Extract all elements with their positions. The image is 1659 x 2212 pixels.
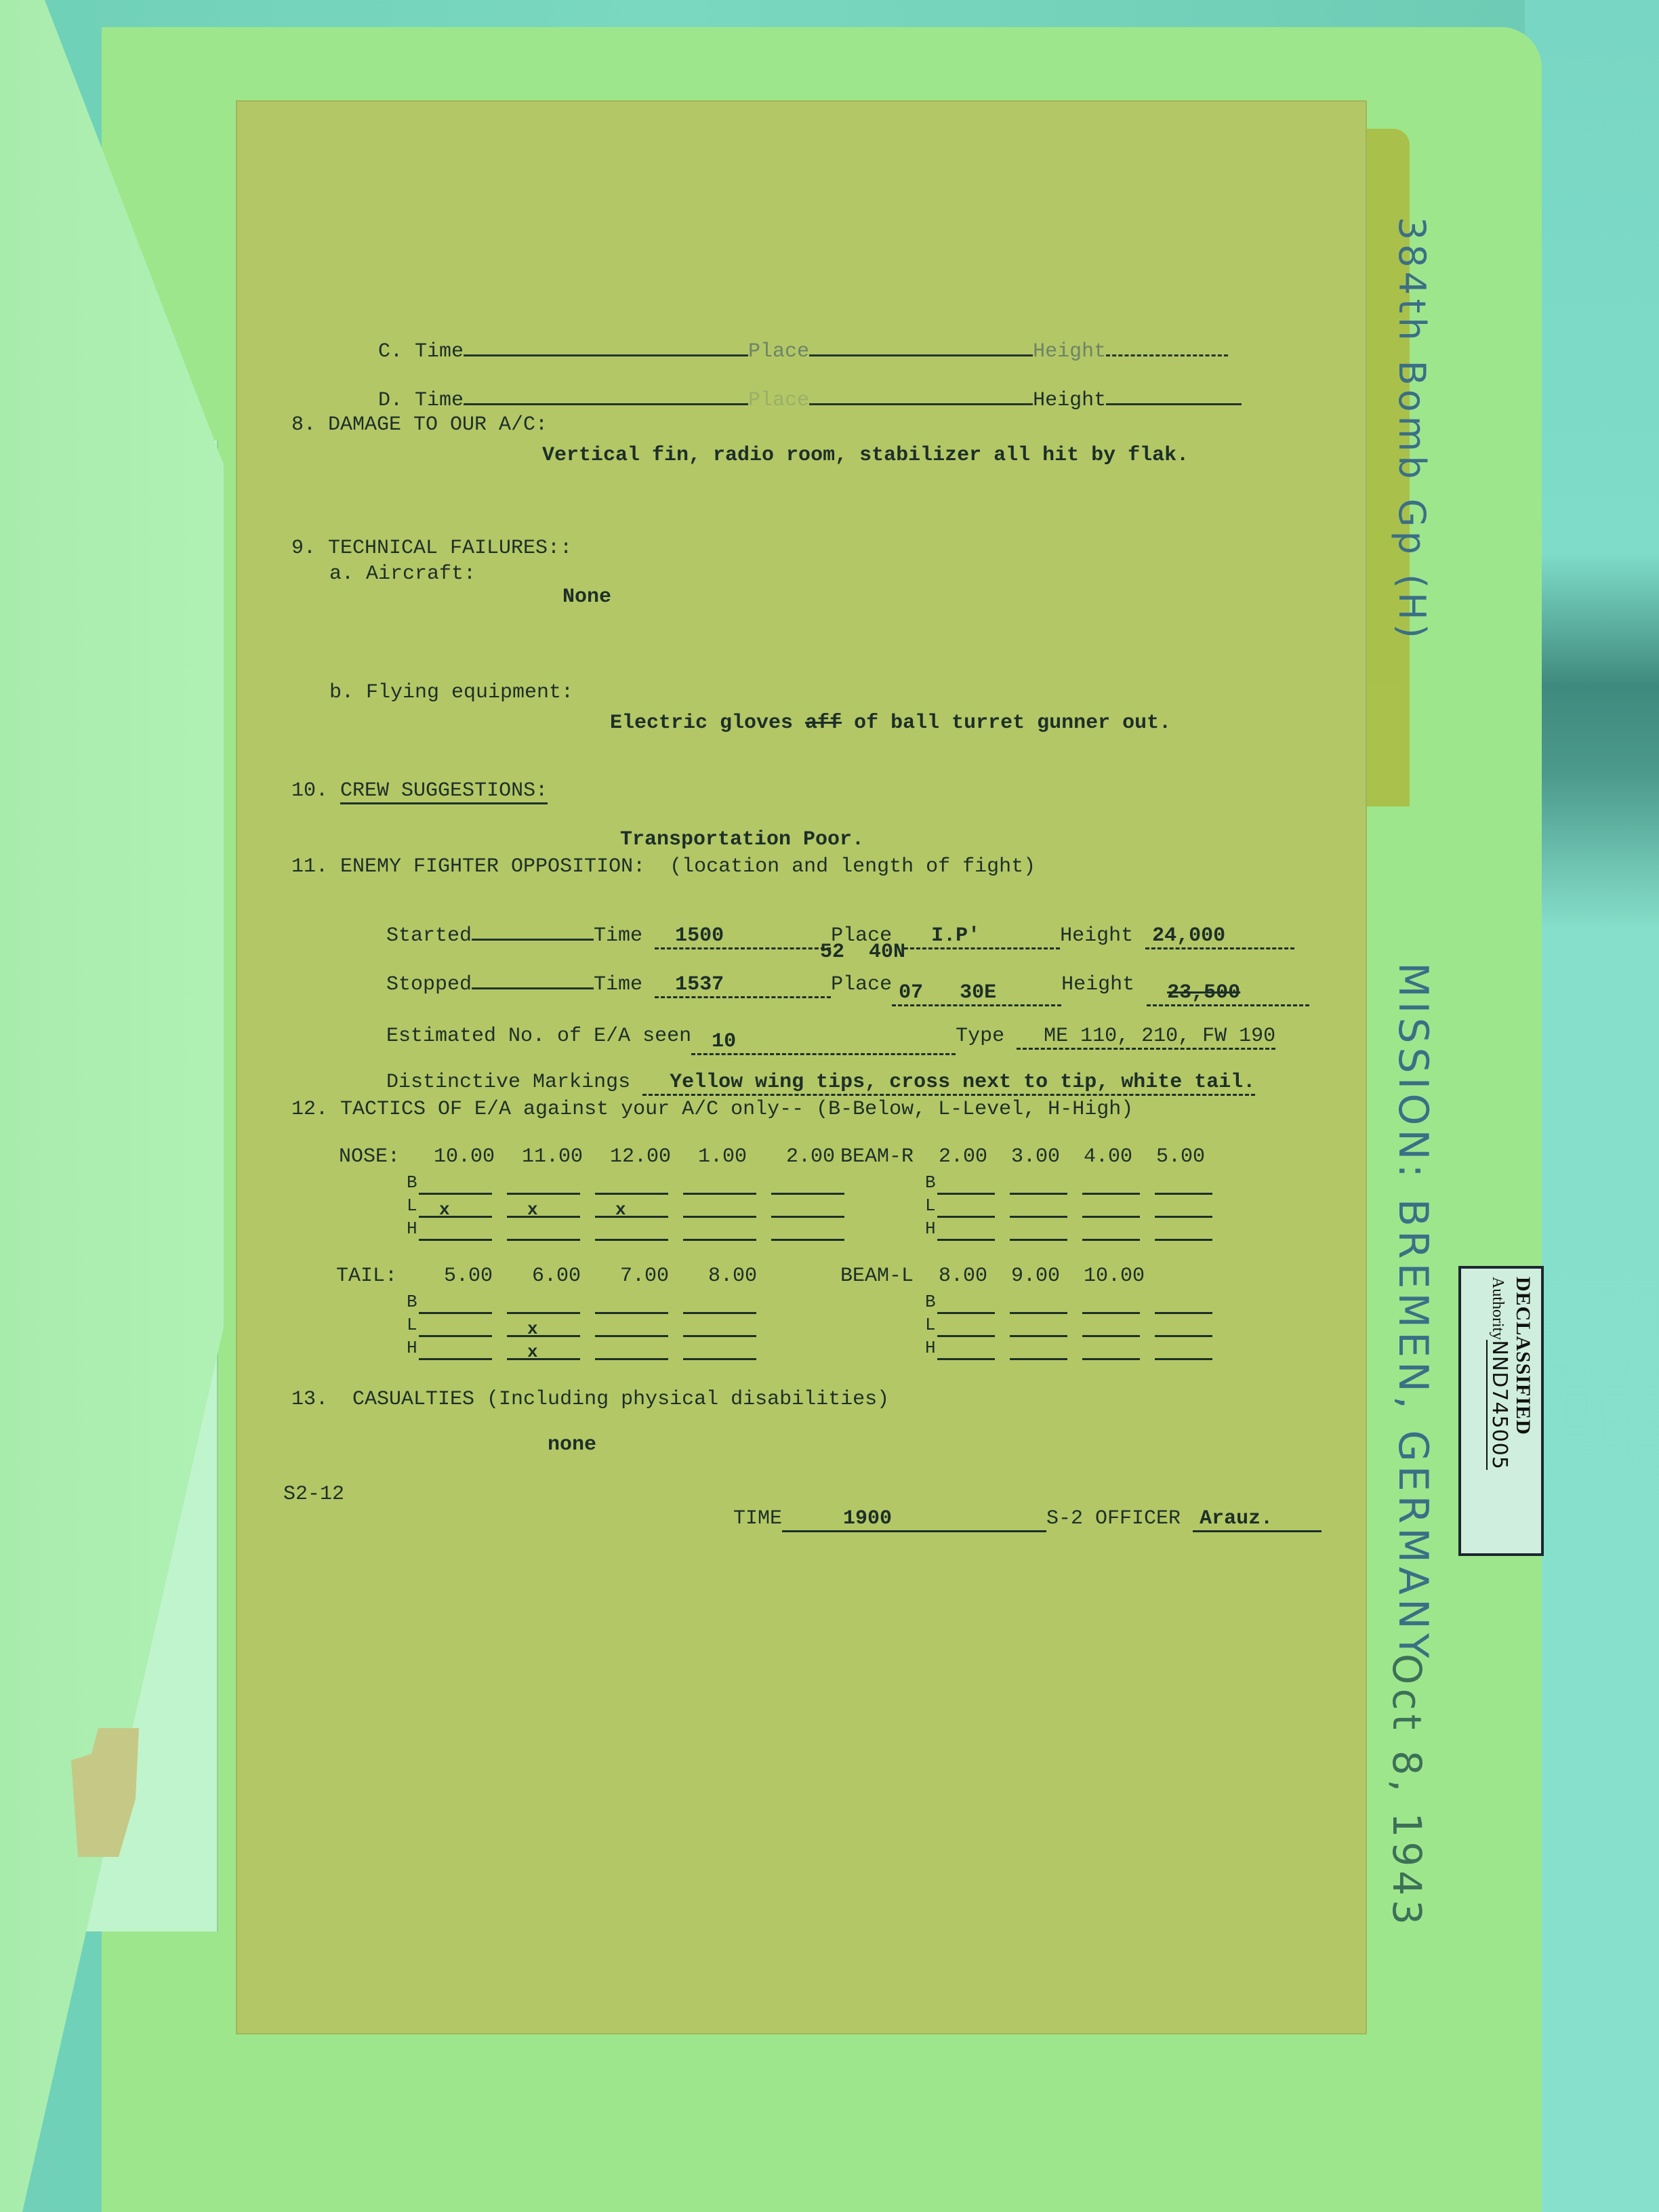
tactics-cell bbox=[937, 1358, 995, 1360]
tactics-cell bbox=[419, 1312, 492, 1314]
tactics-cell bbox=[1155, 1239, 1212, 1241]
level-label-b: B bbox=[407, 1292, 417, 1312]
declassified-stamp: DECLASSIFIED AuthorityNND745005 bbox=[1458, 1266, 1544, 1556]
stamp-authority-number: NND745005 bbox=[1486, 1340, 1511, 1470]
flying-equipment-text-end: of ball turret gunner out. bbox=[842, 712, 1171, 735]
tactics-cell bbox=[937, 1312, 995, 1314]
flying-equipment-value: Electric gloves aff of ball turret gunne… bbox=[610, 712, 1171, 735]
footer-time-label: TIME bbox=[733, 1507, 782, 1530]
tactics-cell bbox=[771, 1216, 844, 1218]
crew-suggestions-text: Transportation Poor. bbox=[620, 828, 864, 851]
clock-position: 5.00 bbox=[1156, 1145, 1205, 1168]
tactics-cell bbox=[595, 1193, 668, 1195]
clock-position: 8.00 bbox=[708, 1265, 757, 1288]
tactics-mark: x bbox=[615, 1200, 626, 1220]
officer-name: Arauz. bbox=[1193, 1507, 1322, 1532]
tactics-cell bbox=[595, 1239, 668, 1241]
tactics-cell bbox=[683, 1312, 756, 1314]
tactics-cell bbox=[507, 1193, 580, 1195]
tactics-mark: x bbox=[527, 1200, 538, 1220]
clock-position: 6.00 bbox=[532, 1265, 581, 1288]
tactics-cell bbox=[1010, 1312, 1067, 1314]
clock-position: 12.00 bbox=[610, 1145, 671, 1168]
clock-position: 9.00 bbox=[1011, 1265, 1060, 1288]
clock-position: 1.00 bbox=[698, 1145, 747, 1168]
casualties-heading: 13. CASUALTIES (Including physical disab… bbox=[291, 1388, 889, 1411]
clock-position: 5.00 bbox=[444, 1265, 493, 1288]
tactics-cell bbox=[507, 1312, 580, 1314]
tactics-cell bbox=[937, 1193, 995, 1195]
stamp-authority: AuthorityNND745005 bbox=[1488, 1277, 1511, 1470]
handwritten-group: 384th Bomb Gp (H) bbox=[1391, 217, 1433, 642]
tactics-cell bbox=[771, 1239, 844, 1241]
markings-value: Yellow wing tips, cross next to tip, whi… bbox=[642, 1071, 1255, 1096]
handwritten-mission: MISSION: BREMEN, GERMANY bbox=[1389, 962, 1437, 1662]
tactics-cell bbox=[1010, 1239, 1067, 1241]
tactics-cell bbox=[683, 1193, 756, 1195]
tactics-mark: x bbox=[527, 1342, 538, 1362]
tactics-cell bbox=[1155, 1335, 1212, 1337]
tactics-cell bbox=[1155, 1216, 1212, 1218]
tactics-section-label: NOSE: bbox=[339, 1145, 400, 1168]
tactics-cell bbox=[1010, 1335, 1067, 1337]
tactics-cell bbox=[937, 1335, 995, 1337]
tactics-cell bbox=[937, 1216, 995, 1218]
level-label-h: H bbox=[925, 1338, 936, 1358]
tactics-cell bbox=[1082, 1239, 1140, 1241]
tactics-heading: 12. TACTICS OF E/A against your A/C only… bbox=[291, 1098, 1133, 1121]
tactics-cell bbox=[1155, 1193, 1212, 1195]
technical-failures-heading: 9. TECHNICAL FAILURES:: bbox=[291, 537, 572, 560]
level-label-l: L bbox=[407, 1315, 417, 1335]
tactics-cell bbox=[507, 1239, 580, 1241]
started-height-label: Height bbox=[1060, 924, 1133, 947]
tactics-cell bbox=[1082, 1358, 1140, 1360]
row-d-height-label: Height bbox=[1033, 389, 1106, 412]
tactics-mark: x bbox=[527, 1319, 538, 1339]
tactics-mark: x bbox=[439, 1200, 450, 1220]
level-label-b: B bbox=[925, 1292, 936, 1312]
started-time: 1500 bbox=[655, 924, 831, 949]
stamp-title: DECLASSIFIED bbox=[1511, 1277, 1534, 1470]
tactics-cell bbox=[1155, 1358, 1212, 1360]
tactics-cell bbox=[419, 1239, 492, 1241]
stopped-label: Stopped bbox=[386, 973, 472, 996]
started-height: 24,000 bbox=[1145, 924, 1294, 949]
started-time-label: Time bbox=[594, 924, 642, 947]
casualties-value: none bbox=[548, 1433, 596, 1456]
crew-suggestions-title: CREW SUGGESTIONS: bbox=[340, 779, 548, 804]
tactics-cell bbox=[1010, 1358, 1067, 1360]
tactics-cell bbox=[1155, 1312, 1212, 1314]
level-label-h: H bbox=[407, 1218, 417, 1239]
tactics-cell bbox=[507, 1358, 580, 1360]
tactics-cell bbox=[1082, 1335, 1140, 1337]
stamp-authority-label: Authority bbox=[1489, 1277, 1507, 1340]
started-label: Started bbox=[386, 924, 472, 947]
clock-position: 11.00 bbox=[522, 1145, 583, 1168]
started-place: I.P' bbox=[904, 924, 1060, 949]
stopped-time-label: Time bbox=[594, 973, 642, 996]
level-label-h: H bbox=[925, 1218, 936, 1239]
damage-heading: 8. DAMAGE TO OUR A/C: bbox=[291, 413, 548, 436]
stopped-height-label: Height bbox=[1061, 973, 1134, 996]
tactics-cell bbox=[595, 1358, 668, 1360]
tactics-cell bbox=[595, 1312, 668, 1314]
level-label-h: H bbox=[407, 1338, 417, 1358]
stamp-content: DECLASSIFIED AuthorityNND745005 bbox=[1488, 1277, 1534, 1470]
clock-position: 2.00 bbox=[786, 1145, 835, 1168]
aircraft-value: None bbox=[562, 586, 611, 609]
clock-position: 2.00 bbox=[939, 1145, 987, 1168]
tactics-cell bbox=[683, 1358, 756, 1360]
type-label: Type bbox=[956, 1025, 1004, 1048]
tactics-cell bbox=[595, 1335, 668, 1337]
tactics-cell bbox=[419, 1193, 492, 1195]
footer-row: TIME1900S-2 OFFICER Arauz. bbox=[684, 1484, 1322, 1555]
row-d-place-label: Place bbox=[748, 389, 809, 412]
level-label-l: L bbox=[407, 1195, 417, 1216]
tactics-cell bbox=[507, 1216, 580, 1218]
tactics-section-label: BEAM-L bbox=[840, 1265, 914, 1288]
type-value: ME 110, 210, FW 190 bbox=[1017, 1025, 1275, 1050]
level-label-b: B bbox=[925, 1172, 936, 1193]
crew-suggestions-number: 10. bbox=[291, 779, 328, 802]
form-id: S2-12 bbox=[283, 1483, 344, 1506]
clock-position: 3.00 bbox=[1011, 1145, 1060, 1168]
tactics-cell bbox=[419, 1358, 492, 1360]
damage-text: Vertical fin, radio room, stabilizer all… bbox=[542, 444, 1189, 467]
footer-time: 1900 bbox=[782, 1507, 1046, 1532]
enemy-fighter-heading: 11. ENEMY FIGHTER OPPOSITION: (location … bbox=[291, 855, 1036, 878]
clock-position: 7.00 bbox=[620, 1265, 669, 1288]
tactics-cell bbox=[1010, 1193, 1067, 1195]
flying-equipment-text: Electric gloves bbox=[610, 712, 805, 735]
tactics-cell bbox=[1082, 1193, 1140, 1195]
tactics-cell bbox=[507, 1335, 580, 1337]
level-label-l: L bbox=[925, 1315, 936, 1335]
tactics-cell bbox=[419, 1335, 492, 1337]
stopped-place-label: Place bbox=[831, 973, 892, 996]
clock-position: 10.00 bbox=[434, 1145, 495, 1168]
officer-label: S-2 OFFICER bbox=[1046, 1507, 1181, 1530]
flying-equipment-label: b. Flying equipment: bbox=[329, 681, 573, 704]
tactics-cell bbox=[937, 1239, 995, 1241]
tactics-cell bbox=[1010, 1216, 1067, 1218]
aircraft-label: a. Aircraft: bbox=[329, 562, 476, 586]
clock-position: 10.00 bbox=[1084, 1265, 1145, 1288]
markings-label: Distinctive Markings bbox=[386, 1071, 630, 1094]
row-c-height-label: Height bbox=[1033, 340, 1106, 363]
tactics-cell bbox=[1082, 1312, 1140, 1314]
tactics-cell bbox=[683, 1335, 756, 1337]
tactics-section-label: TAIL: bbox=[336, 1265, 397, 1288]
tactics-cell bbox=[595, 1216, 668, 1218]
level-label-l: L bbox=[925, 1195, 936, 1216]
crew-suggestions-heading: 10. CREW SUGGESTIONS: bbox=[291, 779, 548, 804]
row-c-label: C. Time bbox=[378, 340, 464, 363]
tactics-cell bbox=[771, 1193, 844, 1195]
tactics-cell bbox=[683, 1216, 756, 1218]
estimated-label: Estimated No. of E/A seen bbox=[386, 1025, 691, 1048]
stopped-time: 1537 bbox=[655, 973, 831, 998]
handwritten-date: Oct 8, 1943 bbox=[1384, 1654, 1430, 1929]
clock-position: 8.00 bbox=[939, 1265, 987, 1288]
row-c-place-label: Place bbox=[748, 340, 809, 363]
level-label-b: B bbox=[407, 1172, 417, 1193]
tactics-cell bbox=[1082, 1216, 1140, 1218]
tactics-section-label: BEAM-R bbox=[840, 1145, 914, 1168]
struck-text: aff bbox=[805, 712, 842, 735]
tactics-cell bbox=[683, 1239, 756, 1241]
row-d-label: D. Time bbox=[378, 389, 464, 412]
tactics-cell bbox=[419, 1216, 492, 1218]
clock-position: 4.00 bbox=[1084, 1145, 1132, 1168]
